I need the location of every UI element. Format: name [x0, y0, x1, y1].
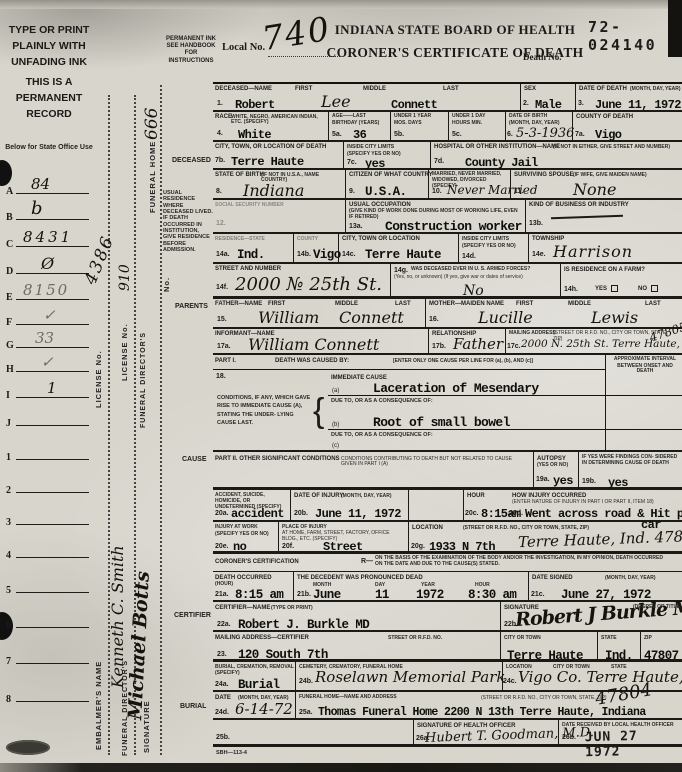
instruction-line: RECORD	[8, 106, 90, 122]
row-line	[16, 219, 89, 220]
row-value: ✓	[41, 353, 54, 371]
zip-header: ZIP	[644, 636, 652, 642]
row-line	[16, 347, 89, 348]
row-letter: H	[6, 364, 14, 375]
state-office-row: 5	[5, 573, 91, 593]
death-caused-by-label: DEATH WAS CAUSED BY:	[275, 358, 349, 365]
state-office-row: I1	[5, 378, 91, 398]
field-number: 1.	[217, 100, 223, 107]
row-line	[16, 246, 89, 247]
last-name-value: Connett	[391, 98, 437, 112]
row-letter: J	[6, 418, 11, 429]
state-office-row: J	[5, 406, 91, 426]
row-part1-header: PART I. DEATH WAS CAUSED BY: [ENTER ONLY…	[213, 355, 682, 370]
field-number: 14f.	[216, 284, 228, 291]
field-number: 14g.	[394, 267, 408, 274]
state-header: STATE	[601, 636, 617, 642]
industry-dash-mark	[551, 215, 623, 220]
date-signed-sublabel: (MONTH, DAY, YEAR)	[605, 576, 656, 582]
row-line	[16, 324, 89, 325]
under-1-day-sublabel: HOURS MIN.	[452, 121, 482, 127]
row-line	[16, 459, 89, 460]
armed-forces-value: No	[463, 283, 484, 299]
state-of-birth-label: STATE OF BIRTH	[215, 172, 264, 179]
death-occurred-hour-value: 8:15 am	[235, 588, 283, 602]
section-label-deceased: DECEASED	[172, 157, 211, 165]
deceased-name-label: DECEASED—NAME	[215, 86, 272, 93]
date-of-injury-value: June 11, 1972	[315, 507, 401, 521]
cause-c-label: (c)	[332, 443, 339, 450]
armed-forces-label: WAS DECEASED EVER IN U. S. ARMED FORCES?	[411, 267, 551, 273]
row-race-age: RACE WHITE, NEGRO, AMERICAN INDIAN, ETC.…	[213, 112, 682, 142]
row-street-armed-forces: STREET AND NUMBER 14f. 2000 № 25th St. 1…	[213, 264, 682, 299]
surviving-spouse-value: None	[573, 180, 616, 199]
field-number: 7c.	[347, 159, 357, 166]
pronounced-year-value: 1972	[416, 588, 444, 602]
cause-b-value: Root of small bowel	[373, 415, 510, 430]
middle-header: MIDDLE	[568, 301, 591, 308]
death-certificate-scan: TYPE OR PRINT PLAINLY WITH UNFADING INK …	[0, 0, 682, 772]
state-office-row: 6	[5, 608, 91, 628]
field-number: 14h.	[564, 286, 578, 293]
residence-state-value: Ind.	[237, 248, 265, 262]
instruction-line: PLAINLY WITH	[8, 38, 90, 54]
row-value: 8431	[23, 228, 73, 246]
death-no-label: Death No.	[523, 52, 562, 62]
field-number: 25b.	[216, 734, 230, 741]
row-pronounced-dead: DEATH OCCURRED (HOUR) 21a. 8:15 am THE D…	[213, 572, 682, 602]
field-number: 20e.	[215, 543, 229, 550]
field-number: 12.	[216, 220, 226, 227]
row-value: ✓	[43, 306, 56, 324]
how-injury-sublabel: (ENTER NATURE OF INJURY IN PART I OR PAR…	[512, 500, 672, 506]
certificate-number-stamp: 72-024140	[588, 18, 682, 54]
field-number: 4.	[217, 130, 223, 137]
injury-location-value: 1933 N 7th	[429, 540, 495, 554]
county-of-death-label: COUNTY OF DEATH	[576, 114, 633, 121]
field-number: 8.	[216, 188, 222, 195]
certifier-zip-value: 47807	[644, 649, 679, 663]
part1-label: PART I.	[215, 358, 236, 365]
row-part2-autopsy: PART II. OTHER SIGNIFICANT CONDITIONS CO…	[213, 452, 682, 490]
note-line: PERMANENT INK	[163, 36, 219, 43]
residence-city-label: CITY, TOWN OR LOCATION	[342, 236, 420, 243]
field-number: 20a.	[215, 510, 229, 517]
field-number: 5a.	[332, 131, 342, 138]
row-birth-citizen-marital: STATE OF BIRTH (IF NOT IN U.S.A., NAME C…	[213, 170, 682, 200]
row-line	[16, 299, 89, 300]
state-office-row: H✓	[5, 352, 91, 372]
father-name-label: FATHER—NAME	[215, 301, 262, 308]
local-no-value: 740	[259, 9, 333, 58]
injury-at-work-sublabel: (SPECIFY YES OR NO)	[215, 532, 269, 538]
citizen-value: U.S.A.	[365, 185, 406, 199]
brace: {	[313, 392, 324, 431]
instruction-line: PERMANENT	[8, 90, 90, 106]
autopsy-sublabel: (YES OR NO)	[537, 463, 568, 469]
row-informant: INFORMANT—NAME 17a. William Connett RELA…	[213, 329, 682, 355]
cause-a-line	[328, 395, 605, 396]
coroner-certification-label: CORONER'S CERTIFICATION	[215, 559, 299, 566]
permanent-ink-note: PERMANENT INK SEE HANDBOOK FOR INSTRUCTI…	[163, 36, 219, 65]
street-number-label: STREET AND NUMBER	[215, 266, 281, 273]
city-limits-value: yes	[365, 157, 385, 171]
city-header: CITY OR TOWN	[504, 636, 541, 642]
state-office-row: 4	[5, 538, 91, 558]
row-parents: FATHER—NAME FIRST MIDDLE LAST 15. Willia…	[213, 299, 682, 329]
state-office-row: C8431	[5, 227, 91, 247]
state-office-row: 3	[5, 505, 91, 525]
row-letter: 5	[6, 585, 11, 596]
form-number: SBH—113-4	[216, 750, 247, 756]
row-value: 84	[31, 175, 50, 193]
burial-date-label: DATE	[215, 695, 231, 702]
field-number: 19a.	[536, 476, 550, 483]
state-office-heading: Below for State Office Use	[4, 144, 94, 151]
field-number: 14c.	[342, 251, 356, 258]
interval-b-line	[605, 429, 682, 430]
last-header: LAST	[645, 301, 661, 308]
hospital-value: County Jail	[465, 156, 538, 170]
industry-label: KIND OF BUSINESS OR INDUSTRY	[529, 202, 629, 209]
injury-at-work-label: INJURY AT WORK	[215, 525, 258, 531]
father-first-value: William	[258, 308, 319, 327]
row-value: b	[31, 198, 43, 219]
state-office-row: G33	[5, 328, 91, 348]
part2-sublabel: CONDITIONS CONTRIBUTING TO DEATH BUT NOT…	[341, 457, 526, 469]
date-signed-label: DATE SIGNED	[532, 575, 573, 582]
state-office-row: DØ	[5, 254, 91, 274]
instruction-line: TYPE OR PRINT	[8, 22, 90, 38]
autopsy-value: yes	[553, 474, 573, 488]
row-letter: I	[6, 390, 10, 401]
row-line	[16, 701, 89, 702]
field-number: 24c.	[503, 678, 517, 685]
residence-city-limits-label: INSIDE CITY LIMITS	[462, 237, 509, 243]
row-letter: 2	[6, 485, 11, 496]
field-number: 20f.	[282, 543, 294, 550]
state-office-row: 7	[5, 644, 91, 664]
instruction-line: UNFADING INK	[8, 54, 90, 70]
field-number: 19b.	[582, 478, 596, 485]
ssn-label: SOCIAL SECURITY NUMBER	[215, 203, 284, 209]
burial-type-value: Burial	[238, 678, 279, 692]
field-number: 21a.	[215, 591, 229, 598]
field-number: 21b.	[297, 591, 311, 598]
row-residence: RESIDENCE—STATE 14a. Ind. COUNTY 14b. Vi…	[213, 234, 682, 264]
field-number: 5c.	[452, 131, 462, 138]
director-label: FUNERAL DIRECTOR'S	[140, 248, 147, 428]
funeral-home-number: 666	[142, 76, 162, 140]
race-sublabel: WHITE, NEGRO, AMERICAN INDIAN, ETC. (SPE…	[231, 115, 323, 127]
hospital-sublabel: (IF NOT IN EITHER, GIVE STREET AND NUMBE…	[553, 145, 670, 151]
note-line: SEE HANDBOOK FOR	[163, 43, 219, 57]
field-number: 24b.	[299, 678, 313, 685]
field-number: 20d.	[509, 510, 523, 517]
father-last-value: Connett	[339, 308, 404, 327]
surviving-spouse-label: SURVIVING SPOUSE	[514, 172, 574, 179]
residence-city-value: Terre Haute	[365, 248, 441, 262]
burial-type-sublabel: (SPECIFY)	[215, 671, 240, 677]
row-value: 1	[47, 379, 57, 397]
city-of-death-value: Terre Haute	[231, 155, 304, 169]
field-number: 10.	[432, 188, 442, 195]
residence-county-value: Vigo	[313, 248, 341, 262]
city-of-death-label: CITY, TOWN, OR LOCATION OF DEATH	[215, 144, 326, 151]
last-header: LAST	[443, 86, 459, 93]
row-letter: 8	[6, 694, 11, 705]
field-number: 16.	[429, 316, 439, 323]
row-deceased-name: DECEASED—NAME FIRST MIDDLE LAST 1. Rober…	[213, 84, 682, 112]
pronounced-day-value: 11	[375, 588, 389, 602]
field-number: 14b.	[297, 251, 311, 258]
row-letter: 1	[6, 452, 11, 463]
row-injury-place: INJURY AT WORK (SPECIFY YES OR NO) 20e. …	[213, 522, 682, 554]
row-letter: 7	[6, 656, 11, 667]
marital-status-value: Never Married	[447, 183, 538, 197]
interval-label1: APPROXIMATE INTERVAL	[609, 357, 681, 363]
field-number: 14a.	[216, 251, 230, 258]
field-number: 17a.	[217, 343, 231, 350]
row-line	[16, 492, 89, 493]
date-of-birth-label: DATE OF BIRTH	[509, 114, 547, 120]
director-license-label: LICENSE No.	[120, 295, 129, 381]
section-label-certifier: CERTIFIER	[174, 612, 211, 620]
sex-label: SEX	[524, 86, 536, 93]
field-number: 9.	[349, 188, 355, 195]
degree-title-label: (DEGREE OR TITLE)	[633, 605, 682, 611]
accident-value: accident	[231, 507, 284, 521]
row-occupation: SOCIAL SECURITY NUMBER 12. USUAL OCCUPAT…	[213, 200, 682, 234]
r-mark: R—	[361, 558, 373, 566]
date-of-death-label: DATE OF DEATH	[579, 86, 627, 93]
note-line: INSTRUCTIONS	[163, 58, 219, 65]
field-number: 20g.	[411, 543, 425, 550]
farm-yes-label: YES	[595, 286, 607, 293]
age-label: AGE——LAST	[332, 114, 366, 120]
state-office-row: 1	[5, 440, 91, 460]
date-of-death-value: June 11, 1972	[595, 98, 681, 112]
one-cause-note: [ENTER ONLY ONE CAUSE PER LINE FOR (a), …	[393, 359, 533, 365]
state-office-row: 2	[5, 473, 91, 493]
field-number: 24d.	[215, 709, 229, 716]
state-office-row: Bb	[5, 200, 91, 220]
township-value: Harrison	[553, 242, 633, 261]
row-line	[16, 524, 89, 525]
row-line	[16, 397, 89, 398]
field-number: 24a.	[215, 681, 229, 688]
certifier-address-value: 120 South 7th	[238, 648, 328, 662]
field-number: 18.	[216, 373, 226, 380]
row-value: 33	[35, 329, 54, 347]
embalmer-license-label: LICENSE No.	[94, 322, 103, 408]
row-line	[16, 627, 89, 628]
field-number: 14e.	[532, 251, 546, 258]
street-rfd-header: STREET OR R.F.D. NO.	[388, 636, 442, 642]
mother-last-value: Lewis	[591, 308, 638, 327]
row-cause-of-death: 18. IMMEDIATE CAUSE (a) Laceration of Me…	[213, 370, 682, 452]
date-of-injury-label: DATE OF INJURY	[294, 493, 343, 500]
field-number: 26b.	[562, 734, 576, 741]
first-header: FIRST	[295, 86, 312, 93]
county-of-death-value: Vigo	[595, 128, 621, 142]
under-1-year-sublabel: MOS. DAYS	[394, 121, 422, 127]
farm-label: IS RESIDENCE ON A FARM?	[564, 267, 645, 274]
burial-date-value: 6-14-72	[235, 700, 293, 718]
row-line	[16, 663, 89, 664]
hospital-label: HOSPITAL OR OTHER INSTITUTION—NAME	[434, 144, 560, 151]
pronounced-hour-value: 8:30 am	[468, 588, 516, 602]
section-label-parents: PARENTS	[175, 303, 208, 311]
top-edge-shadow	[0, 0, 682, 9]
cause-b-line	[328, 429, 605, 430]
field-number: 21c.	[531, 591, 545, 598]
date-of-birth-value: 5-3-1936	[516, 126, 574, 141]
hour-label: HOUR	[467, 493, 485, 500]
pronounced-month-value: June	[313, 588, 341, 602]
findings-label: IF YES WERE FINDINGS CON- SIDERED IN DET…	[582, 455, 678, 467]
informant-address-label: MAILING ADDRESS	[509, 331, 556, 337]
state-office-row: E8150	[5, 280, 91, 300]
middle-name-value: Lee	[321, 92, 351, 111]
row-funeral-home: DATE (MONTH, DAY, YEAR) 24d. 6-14-72 FUN…	[213, 692, 682, 720]
burial-location-value: Vigo Co. Terre Haute, Ind.	[518, 668, 682, 686]
row-letter: C	[6, 239, 13, 250]
row-letter: D	[6, 266, 13, 277]
local-no-label: Local No.	[222, 42, 265, 53]
field-number: 23.	[217, 651, 227, 658]
embossed-seal	[6, 740, 50, 755]
age-label2: BIRTHDAY (YEARS)	[332, 121, 379, 127]
findings-value: yes	[608, 476, 628, 490]
coroner-certification-text: ON THE BASIS OF THE EXAMINATION OF THE B…	[375, 556, 665, 568]
row-value: 8150	[23, 281, 69, 299]
due-to-label: DUE TO, OR AS A CONSEQUENCE OF:	[331, 432, 433, 438]
due-to-label: DUE TO, OR AS A CONSEQUENCE OF:	[331, 398, 433, 404]
field-number: 2.	[523, 100, 529, 107]
cause-a-value: Laceration of Mesendary	[373, 381, 539, 396]
field-number: 15.	[217, 316, 227, 323]
row-line	[16, 371, 89, 372]
bottom-edge-bar	[0, 763, 682, 772]
row-place-of-death: CITY, TOWN, OR LOCATION OF DEATH 7b. Ter…	[213, 142, 682, 170]
sex-value: Male	[535, 98, 561, 112]
field-number: 25a.	[299, 709, 313, 716]
field-number: 7d.	[434, 158, 444, 165]
form-title-line1: INDIANA STATE BOARD OF HEALTH	[325, 22, 585, 38]
row-letter: E	[6, 292, 13, 303]
farm-no-label: NO	[638, 286, 647, 293]
row-line	[16, 557, 89, 558]
surviving-spouse-sublabel: (IF WIFE, GIVE MAIDEN NAME)	[573, 173, 647, 179]
informant-value: William Connett	[248, 335, 379, 354]
certifier-state-value: Ind.	[605, 649, 633, 663]
certifier-name-value: Robert J. Burkle MD	[238, 618, 369, 632]
field-number: 17c.	[507, 343, 521, 350]
farm-yes-checkbox	[611, 285, 618, 292]
section-label-residence: USUAL RESIDENCE WHERE DECEASED LIVED. IF…	[163, 190, 213, 253]
certifier-name-label: CERTIFIER—NAME	[215, 605, 270, 612]
row-line	[16, 425, 89, 426]
certifier-city-value: Terre Haute	[507, 649, 583, 663]
embalmer-name-label: EMBALMER'S NAME	[94, 488, 103, 750]
under-1-day-label: UNDER 1 DAY	[452, 114, 485, 120]
place-of-injury-value: Street	[323, 540, 363, 554]
field-number: 20c.	[465, 510, 479, 517]
row-certifier-address: MAILING ADDRESS—CERTIFIER STREET OR R.F.…	[213, 632, 682, 662]
director-license-value: 910	[117, 243, 133, 291]
field-number: 11.	[514, 188, 523, 195]
funeral-home-label: FUNERAL HOME—NAME AND ADDRESS	[299, 695, 397, 701]
residence-state-label: RESIDENCE—STATE	[215, 237, 265, 243]
row-letter: B	[6, 212, 13, 223]
section-label-burial: BURIAL	[180, 703, 206, 711]
field-number: 13a.	[349, 223, 363, 230]
row-health-officer: 25b. SIGNATURE OF HEALTH OFFICER 26a. Hu…	[213, 720, 682, 747]
row-letter: 3	[6, 517, 11, 528]
field-number: 7b.	[215, 157, 225, 164]
state-of-birth-value: Indiana	[243, 181, 304, 200]
race-value: White	[238, 128, 271, 142]
field-number: 20b.	[294, 510, 308, 517]
age-value: 36	[353, 128, 366, 142]
residence-county-label: COUNTY	[297, 237, 318, 243]
row-certifier: CERTIFIER—NAME (TYPE OR PRINT) 22a. Robe…	[213, 602, 682, 632]
instruction-line: THIS IS A	[8, 74, 90, 90]
occupation-value: Construction worker	[385, 219, 522, 234]
date-of-death-sublabel: (MONTH, DAY, YEAR)	[630, 87, 681, 93]
cemetery-value: Roselawn Memorial Park	[315, 668, 506, 686]
field-number: 17b.	[432, 343, 446, 350]
certifier-name-sublabel: (TYPE OR PRINT)	[271, 606, 313, 612]
relationship-value: Father	[453, 335, 503, 353]
injury-location-label: LOCATION	[412, 525, 443, 532]
part2-label: PART II. OTHER SIGNIFICANT CONDITIONS	[215, 456, 340, 463]
certifier-address-label: MAILING ADDRESS—CERTIFIER	[215, 635, 309, 642]
row-line	[16, 273, 89, 274]
row-letter: G	[6, 340, 14, 351]
row-value: Ø	[41, 254, 54, 273]
injury-at-work-value: no	[233, 540, 246, 554]
print-instructions: TYPE OR PRINT PLAINLY WITH UNFADING INK …	[8, 22, 90, 122]
field-number: 13b.	[529, 220, 543, 227]
section-label-cause: CAUSE	[182, 456, 207, 464]
first-name-value: Robert	[235, 98, 275, 112]
row-line	[16, 193, 89, 194]
row-injury: ACCIDENT, SUICIDE, HOMICIDE, OR UNDETERM…	[213, 490, 682, 522]
certificate-form: DECEASED—NAME FIRST MIDDLE LAST 1. Rober…	[213, 82, 682, 745]
funeral-home-sublabel: (STREET OR R.F.D. NO., CITY OR TOWN, STA…	[481, 696, 607, 702]
mother-first-value: Lucille	[478, 308, 533, 327]
street-number-value: 2000 № 25th St.	[235, 274, 382, 295]
row-line	[16, 592, 89, 593]
row-letter: 4	[6, 550, 11, 561]
date-of-injury-sublabel: (MONTH, DAY, YEAR)	[341, 494, 392, 500]
race-label: RACE	[215, 114, 232, 121]
date-received-stamp: JUN 27 1972	[585, 728, 682, 761]
under-1-year-label: UNDER 1 YEAR	[394, 114, 431, 120]
row-letter: 6	[6, 620, 11, 631]
field-number: 22a.	[217, 621, 231, 628]
row-letter: A	[6, 186, 13, 197]
field-number: 7a.	[575, 131, 585, 138]
conditions-label: CONDITIONS, IF ANY, WHICH GAVE RISE TO I…	[217, 394, 313, 427]
row-coroner-certification: CORONER'S CERTIFICATION R— ON THE BASIS …	[213, 554, 682, 572]
field-number: 5b.	[394, 131, 404, 138]
residence-city-limits-sublabel: (SPECIFY YES OR NO)	[462, 244, 516, 250]
armed-forces-sublabel: (Yes, no, or unknown) (If yes, give war …	[394, 275, 554, 281]
state-office-row: A84	[5, 174, 91, 194]
